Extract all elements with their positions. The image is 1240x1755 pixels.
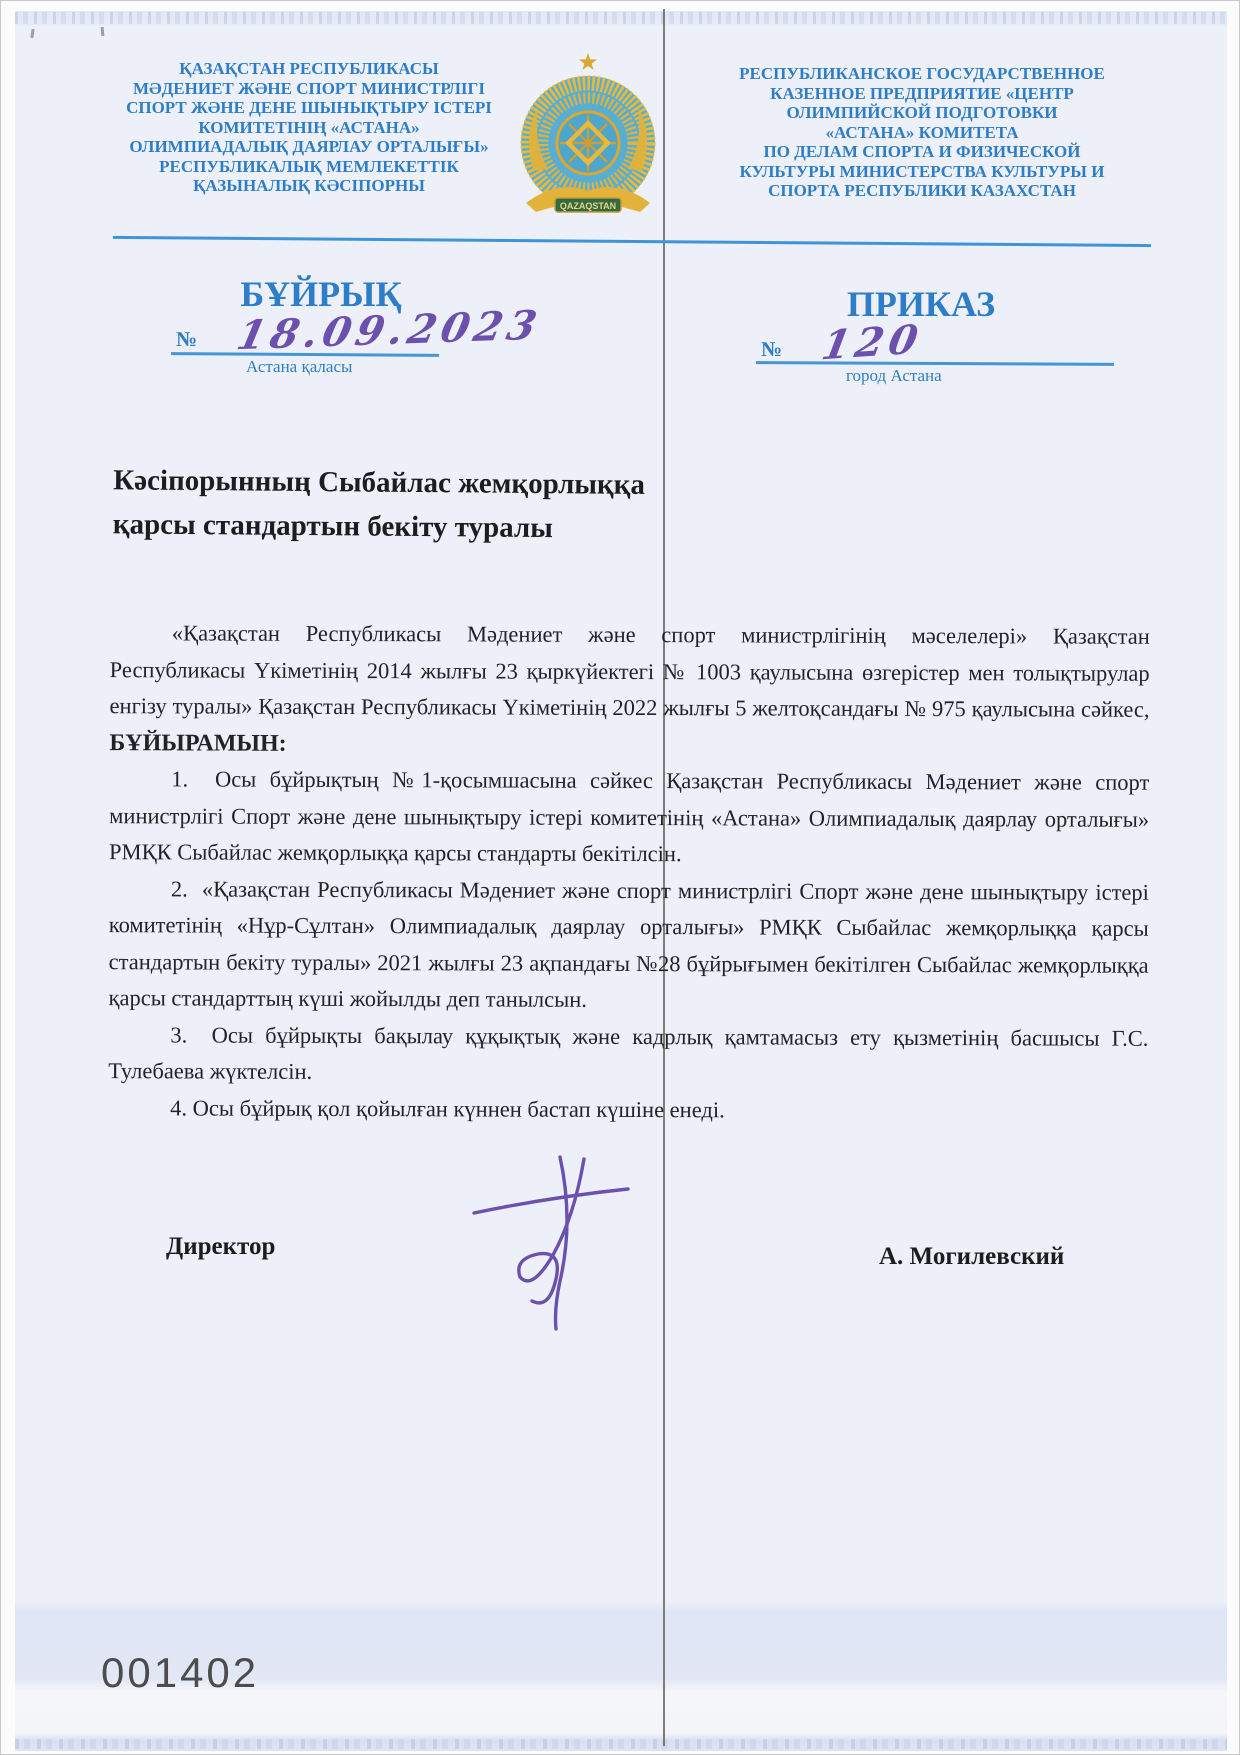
handwritten-signature: [456, 1151, 646, 1341]
intro-paragraph: «Қазақстан Республикасы Мәдениет және сп…: [109, 615, 1150, 765]
document-title-line2: қарсы стандартын бекіту туралы: [113, 502, 733, 551]
scan-noise-top: [15, 12, 1227, 24]
number-label-right: №: [761, 337, 782, 362]
order-item-3: 3. Осы бұйрықты бақылау құқықтық және ка…: [108, 1017, 1148, 1094]
order-keyword: БҰЙЫРАМЫН:: [109, 730, 286, 757]
order-body: «Қазақстан Республикасы Мәдениет және сп…: [108, 615, 1150, 1130]
kazakhstan-state-emblem-icon: QAZAQSTAN: [518, 51, 658, 228]
emblem-banner-text: QAZAQSTAN: [560, 201, 616, 211]
form-number-stamp: 001402: [101, 1649, 259, 1697]
number-label-left: №: [176, 327, 197, 352]
org-name-russian: РЕСПУБЛИКАНСКОЕ ГОСУДАРСТВЕННОЕ КАЗЕННОЕ…: [689, 64, 1155, 201]
place-label-russian: город Астана: [846, 366, 942, 386]
intro-text: «Қазақстан Республикасы Мәдениет және сп…: [110, 620, 1150, 721]
signatory-name: А. Могилевский: [879, 1243, 1064, 1271]
scan-noise-bottom: [15, 1739, 1227, 1749]
signatory-role: Директор: [166, 1233, 275, 1261]
order-item-2: 2. «Қазақстан Республикасы Мәдениет және…: [108, 871, 1149, 1021]
scanned-order-document: ҚАЗАҚСТАН РЕСПУБЛИКАСЫ МӘДЕНИЕТ ЖӘНЕ СПО…: [0, 0, 1240, 1755]
order-item-1: 1. Осы бұйрықтың №1-қосымшасына сәйкес Қ…: [109, 761, 1149, 874]
document-title-line1: Кәсіпорынның Сыбайлас жемқорлыққа: [113, 458, 733, 507]
org-name-kazakh: ҚАЗАҚСТАН РЕСПУБЛИКАСЫ МӘДЕНИЕТ ЖӘНЕ СПО…: [103, 59, 515, 196]
document-title: Кәсіпорынның Сыбайлас жемқорлыққа қарсы …: [113, 458, 734, 551]
place-label-kazakh: Астана қаласы: [246, 357, 352, 377]
order-item-4: 4. Осы бұйрық қол қойылған күннен бастап…: [108, 1090, 1148, 1130]
